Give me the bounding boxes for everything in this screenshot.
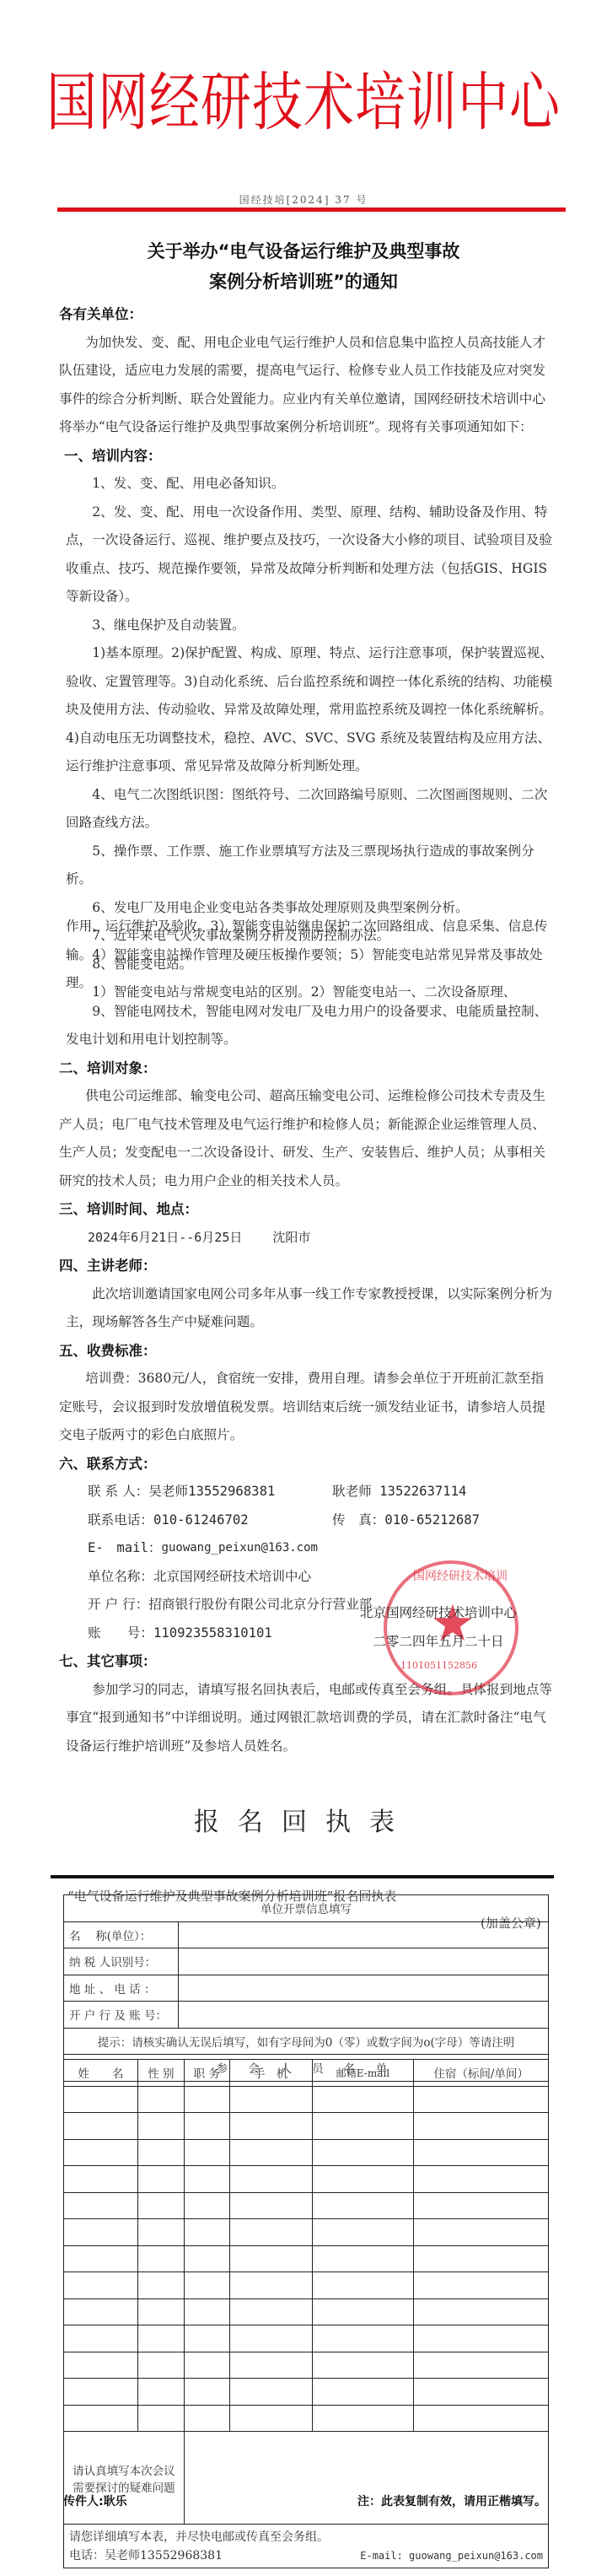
invoice-label-bank: 开 户 行 及 账 号：	[64, 2002, 179, 2029]
invoice-hint: 提示：请核实确认无误后填写，如有字母间为0（零）或数字间为o(字母）等请注明	[64, 2028, 549, 2055]
roster-cell[interactable]	[229, 2113, 312, 2140]
roster-cell[interactable]	[312, 2219, 414, 2246]
roster-cell[interactable]	[414, 2298, 549, 2325]
salutation: 各有关单位：	[59, 300, 556, 329]
content-item: 3、继电保护及自动装置。	[66, 612, 556, 640]
signature-org: 北京国网经研技术培训中心	[337, 1598, 540, 1627]
questions-row: 请认真填写本次会议需要探讨的疑难问题	[64, 2432, 549, 2525]
roster-cell[interactable]	[414, 2405, 549, 2432]
roster-cell[interactable]	[312, 2272, 414, 2299]
email-link[interactable]: guowang_peixun@163.com	[162, 1534, 318, 1563]
footer-phone: 电话：吴老师13552968381	[69, 2546, 223, 2565]
roster-cell[interactable]	[184, 2245, 229, 2272]
contact-person-2: 耿老师 13522637114	[332, 1478, 466, 1506]
roster-cell[interactable]	[229, 2219, 312, 2246]
section-heading-content: 一、培训内容：	[59, 442, 556, 471]
form-title: 报名回执表	[0, 1801, 607, 1838]
roster-cell[interactable]	[312, 2325, 414, 2352]
roster-cell[interactable]	[137, 2219, 184, 2246]
roster-row	[64, 2245, 549, 2272]
section-heading-contact: 六、联系方式：	[59, 1450, 556, 1479]
invoice-label-taxid: 纳 税 人识别号：	[64, 1948, 179, 1975]
roster-cell[interactable]	[414, 2379, 549, 2406]
roster-cell[interactable]	[312, 2192, 414, 2219]
roster-cell[interactable]	[137, 2139, 184, 2166]
training-date-location: 2024年6月21日--6月25日沈阳市	[59, 1224, 556, 1253]
roster-row	[64, 2113, 549, 2140]
form-footer-row: 请您详细填写本表，并尽快电邮或传真至会务组。电话：吴老师13552968381E…	[64, 2525, 549, 2568]
roster-cell[interactable]	[414, 2086, 549, 2113]
roster-row	[64, 2086, 549, 2113]
roster-cell[interactable]	[64, 2113, 138, 2140]
notice-title-line2: 案例分析培训班”的通知	[0, 268, 607, 294]
roster-cell[interactable]	[229, 2352, 312, 2379]
roster-cell[interactable]	[312, 2405, 414, 2432]
other-text: 参加学习的同志，请填写报名回执表后，电邮或传真至会务组。具体报到地点等事宜“报到…	[59, 1676, 556, 1761]
roster-cell[interactable]	[137, 2352, 184, 2379]
col-position: 职 务	[184, 2060, 229, 2087]
roster-cell[interactable]	[229, 2139, 312, 2166]
training-dates: 2024年6月21日--6月25日	[88, 1230, 242, 1245]
roster-row	[64, 2192, 549, 2219]
roster-cell[interactable]	[64, 2298, 138, 2325]
roster-cell[interactable]	[414, 2166, 549, 2193]
signature-date: 二零二四年五月二十日	[337, 1627, 540, 1656]
roster-cell[interactable]	[137, 2113, 184, 2140]
roster-cell[interactable]	[64, 2325, 138, 2352]
roster-row	[64, 2405, 549, 2432]
invoice-label-address: 地 址 、 电 话 ：	[64, 1975, 179, 2002]
roster-cell[interactable]	[414, 2192, 549, 2219]
roster-cell[interactable]	[229, 2298, 312, 2325]
roster-cell[interactable]	[64, 2192, 138, 2219]
roster-cell[interactable]	[137, 2298, 184, 2325]
roster-cell[interactable]	[414, 2352, 549, 2379]
fees-text: 培训费：3680元/人，食宿统一安排，费用自理。请参会单位于开班前汇款至指定账号…	[59, 1365, 556, 1450]
roster-cell[interactable]	[229, 2086, 312, 2113]
email-row: E- mail：guowang_peixun@163.com	[59, 1534, 556, 1563]
roster-cell[interactable]	[64, 2272, 138, 2299]
contact-person-1: 吴老师13552968381	[148, 1484, 275, 1499]
roster-cell[interactable]	[312, 2166, 414, 2193]
notice-body-part1: 各有关单位： 为加快发、变、配、用电企业电气运行维护人员和信息集中监控人员高技能…	[59, 300, 556, 1007]
roster-cell[interactable]	[64, 2139, 138, 2166]
roster-cell[interactable]	[312, 2379, 414, 2406]
seal-code: 1101051152856	[400, 1660, 477, 1671]
phone-fax-row: 联系电话：010-61246702 传 真：010-65212687	[59, 1506, 556, 1535]
roster-cell[interactable]	[184, 2352, 229, 2379]
col-email: 邮箱E-mail	[312, 2060, 414, 2087]
content-item: 4、电气二次图纸识图：图纸符号、二次回路编号原则、二次图画图规则、二次回路查线方…	[66, 781, 556, 838]
invoice-header: 单位开票信息填写	[64, 1895, 549, 1922]
roster-cell[interactable]	[64, 2166, 138, 2193]
roster-cell[interactable]	[137, 2272, 184, 2299]
roster-cell[interactable]	[184, 2139, 229, 2166]
questions-label: 请认真填写本次会议需要探讨的疑难问题	[64, 2432, 185, 2525]
content-item: 1、发、变、配、用电必备知识。	[66, 470, 556, 498]
roster-cell[interactable]	[414, 2245, 549, 2272]
roster-cell[interactable]	[229, 2379, 312, 2406]
notice-title-line1: 关于举办“电气设备运行维护及典型事故	[0, 238, 607, 263]
roster-cell[interactable]	[137, 2325, 184, 2352]
roster-cell[interactable]	[312, 2139, 414, 2166]
roster-row	[64, 2325, 549, 2352]
content-item: 1)基本原理。2)保护配置、构成、原理、特点、运行注意事项，保护装置巡视、验收、…	[66, 639, 556, 781]
content-item: 9、智能电网技术，智能电网对发电厂及电力用户的设备要求、电能质量控制、发电计划和…	[66, 998, 556, 1054]
roster-cell[interactable]	[414, 2272, 549, 2299]
invoice-bank-field[interactable]	[179, 2002, 549, 2029]
roster-cell[interactable]	[184, 2192, 229, 2219]
roster-cell[interactable]	[184, 2219, 229, 2246]
roster-header-row: 姓 名 性 别 职 务 手 机 邮箱E-mail 住宿（标间/单间）	[64, 2060, 549, 2087]
roster-row	[64, 2379, 549, 2406]
col-mobile: 手 机	[229, 2060, 312, 2087]
invoice-info-table: 单位开票信息填写 名 称(单位）： 纳 税 人识别号： 地 址 、 电 话 ： …	[63, 1894, 549, 2082]
roster-cell[interactable]	[414, 2325, 549, 2352]
roster-cell[interactable]	[64, 2379, 138, 2406]
roster-cell[interactable]	[137, 2379, 184, 2406]
invoice-name-field[interactable]	[179, 1921, 549, 1948]
copy-valid-note: 注：此表复制有效，请用正楷填写。	[357, 2492, 546, 2509]
org-letterhead: 国网经研技术培训中心	[0, 66, 607, 140]
invoice-taxid-field[interactable]	[179, 1948, 549, 1975]
roster-cell[interactable]	[414, 2139, 549, 2166]
roster-cell[interactable]	[64, 2352, 138, 2379]
roster-cell[interactable]	[184, 2405, 229, 2432]
footer-email[interactable]: E-mail: guowang_peixun@163.com	[360, 2546, 543, 2565]
seal-text: 国网经研技术培训	[413, 1567, 508, 1584]
roster-cell[interactable]	[312, 2086, 414, 2113]
roster-cell[interactable]	[137, 2245, 184, 2272]
roster-cell[interactable]	[414, 2113, 549, 2140]
roster-cell[interactable]	[229, 2272, 312, 2299]
roster-cell[interactable]	[137, 2166, 184, 2193]
roster-row	[64, 2298, 549, 2325]
section-heading-lecturer: 四、主讲老师：	[59, 1252, 556, 1280]
col-lodging: 住宿（标间/单间）	[414, 2060, 549, 2087]
roster-cell[interactable]	[184, 2298, 229, 2325]
section-heading-fees: 五、收费标准：	[59, 1337, 556, 1366]
account-number: 110923558310101	[153, 1619, 272, 1648]
roster-cell[interactable]	[414, 2219, 549, 2246]
content-item: 2、发、变、配、用电一次设备作用、类型、原理、结构、辅助设备及作用、特点，一次设…	[66, 498, 556, 612]
roster-row	[64, 2166, 549, 2193]
document-number: 国经技培[2024] 37 号	[0, 192, 607, 207]
roster-cell[interactable]	[229, 2325, 312, 2352]
roster-cell[interactable]	[229, 2405, 312, 2432]
roster-row	[64, 2219, 549, 2246]
phone-number: 010-61246702	[153, 1512, 249, 1528]
roster-cell[interactable]	[184, 2325, 229, 2352]
roster-cell[interactable]	[229, 2245, 312, 2272]
intro-paragraph: 为加快发、变、配、用电企业电气运行维护人员和信息集中监控人员高技能人才队伍建设，…	[59, 329, 556, 442]
content-item: 5、操作票、工作票、施工作业票填写方法及三票现场执行造成的事故案例分析。	[66, 838, 556, 894]
roster-cell[interactable]	[184, 2272, 229, 2299]
roster-cell[interactable]	[64, 2086, 138, 2113]
roster-cell[interactable]	[137, 2192, 184, 2219]
unit-name: 北京国网经研技术培训中心	[153, 1563, 311, 1592]
fax-number: 010-65212687	[384, 1512, 480, 1528]
training-city: 沈阳市	[272, 1230, 310, 1245]
roster-cell[interactable]	[64, 2245, 138, 2272]
contact-persons-row: 联 系 人：吴老师13552968381 耿老师 13522637114	[59, 1478, 556, 1506]
roster-cell[interactable]	[64, 2219, 138, 2246]
content-item: 作用、运行维护及验收。3）智能变电站继电保护二次回路组成、信息采集、信息传输。4…	[66, 913, 556, 998]
roster-cell[interactable]	[137, 2405, 184, 2432]
roster-cell[interactable]	[229, 2192, 312, 2219]
roster-row	[64, 2352, 549, 2379]
form-footer: 请您详细填写本表，并尽快电邮或传真至会务组。电话：吴老师13552968381E…	[64, 2525, 549, 2568]
roster-cell[interactable]	[64, 2405, 138, 2432]
section-heading-audience: 二、培训对象：	[59, 1054, 556, 1083]
invoice-label-name: 名 称(单位）：	[64, 1921, 179, 1948]
col-gender: 性 别	[137, 2060, 184, 2087]
col-name: 姓 名	[64, 2060, 138, 2087]
roster-cell[interactable]	[312, 2113, 414, 2140]
red-divider	[57, 207, 566, 212]
roster-cell[interactable]	[184, 2113, 229, 2140]
roster-row	[64, 2139, 549, 2166]
audience-text: 供电公司运维部、输变电公司、超高压输变电公司、运维检修公司技术专责及生产人员；电…	[59, 1082, 556, 1195]
black-divider	[51, 1875, 554, 1878]
invoice-address-field[interactable]	[179, 1975, 549, 2002]
roster-cell[interactable]	[184, 2379, 229, 2406]
sender-label: 传件人:耿乐	[63, 2492, 127, 2509]
roster-cell[interactable]	[184, 2086, 229, 2113]
roster-cell[interactable]	[184, 2166, 229, 2193]
roster-cell[interactable]	[229, 2166, 312, 2193]
roster-cell[interactable]	[137, 2086, 184, 2113]
roster-row	[64, 2272, 549, 2299]
roster-cell[interactable]	[312, 2298, 414, 2325]
questions-field[interactable]	[184, 2432, 548, 2525]
roster-cell[interactable]	[312, 2245, 414, 2272]
roster-cell[interactable]	[312, 2352, 414, 2379]
lecturer-text: 此次培训邀请国家电网公司多年从事一线工作专家教授授课，以实际案例分析为主，现场解…	[59, 1280, 556, 1337]
section-heading-time-place: 三、培训时间、地点：	[59, 1195, 556, 1224]
